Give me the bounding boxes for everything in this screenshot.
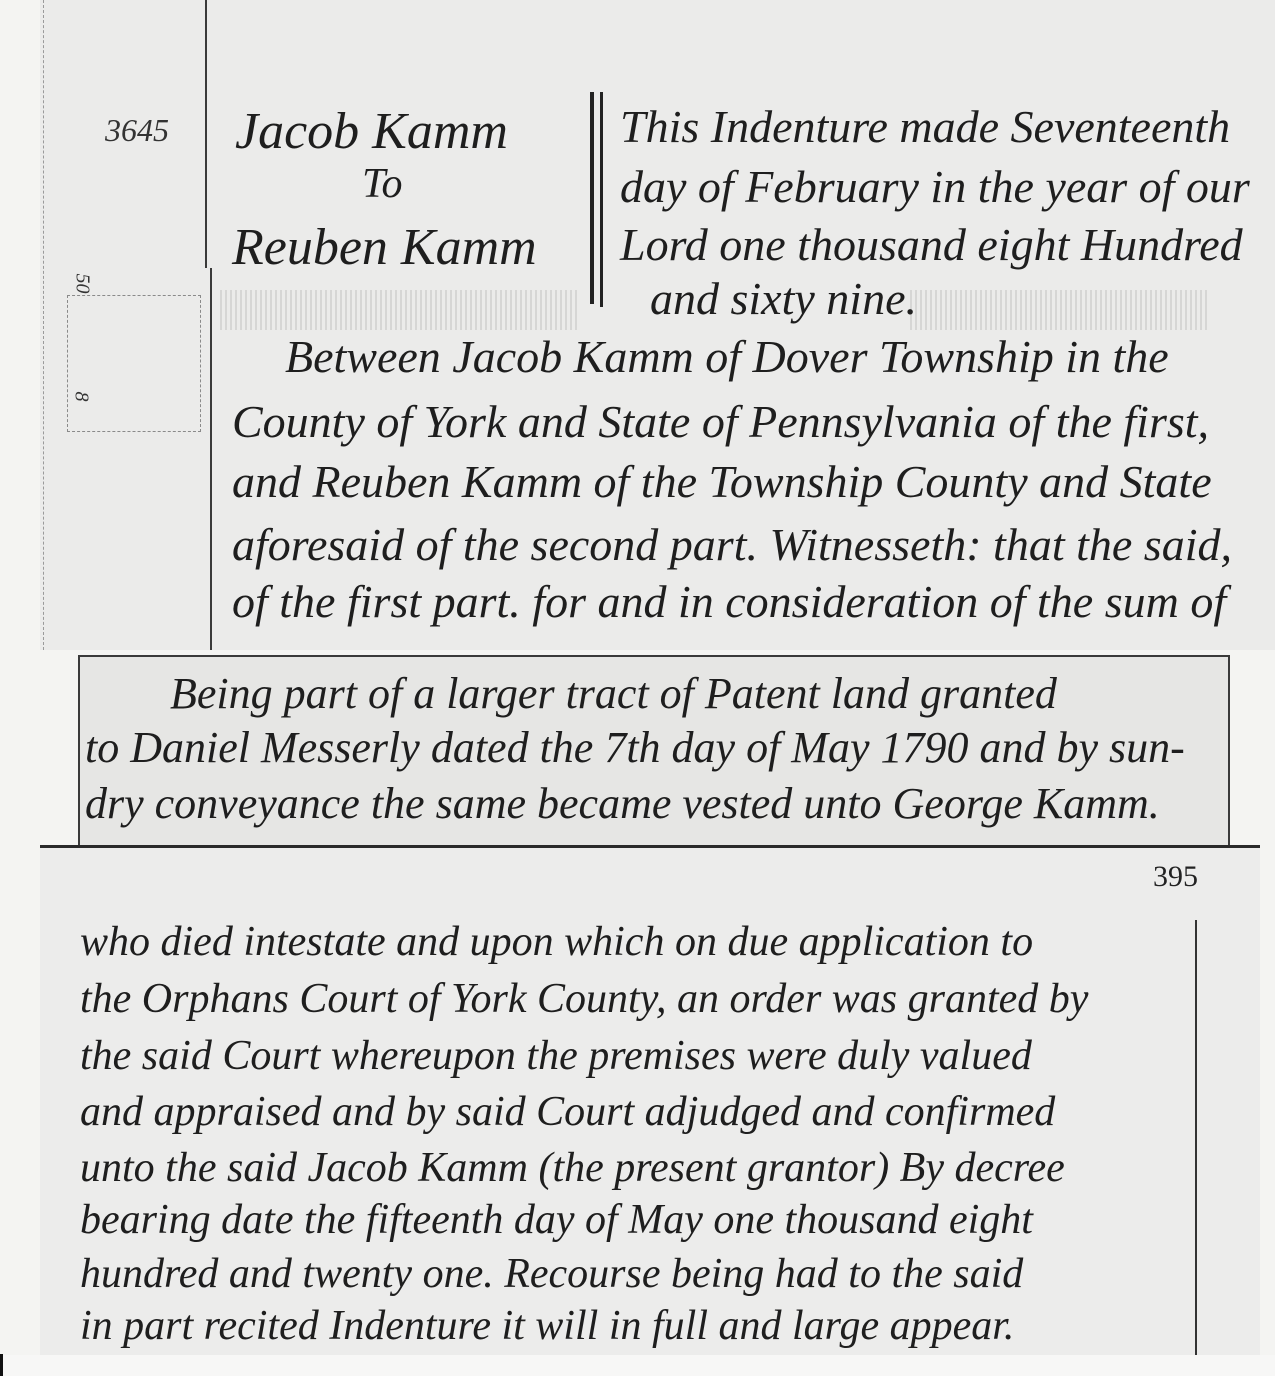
party-connector: To <box>362 160 403 208</box>
margin-rule-lower <box>210 268 212 650</box>
continuation-line-6: bearing date the fifteenth day of May on… <box>80 1196 1033 1244</box>
continuation-line-8: in part recited Indenture it will in ful… <box>80 1302 1014 1350</box>
strip-line-3: dry conveyance the same became vested un… <box>85 778 1160 829</box>
stamp-mark-top: 50 <box>71 274 94 294</box>
body-line-2: County of York and State of Pennsylvania… <box>232 395 1209 448</box>
scan-edge-mark <box>0 1354 3 1376</box>
margin-rule-upper <box>205 0 207 268</box>
grantee-name: Reuben Kamm <box>232 218 537 277</box>
continuation-line-5: unto the said Jacob Kamm (the present gr… <box>80 1144 1065 1192</box>
strip-line-2: to Daniel Messerly dated the 7th day of … <box>85 722 1185 773</box>
ink-bleed <box>910 290 1210 330</box>
ink-bleed <box>220 290 580 330</box>
strip-line-1: Being part of a larger tract of Patent l… <box>170 668 1057 719</box>
body-line-5: of the first part. for and in considerat… <box>232 575 1226 628</box>
continuation-line-2: the Orphans Court of York County, an ord… <box>80 975 1088 1023</box>
body-line-3: and Reuben Kamm of the Township County a… <box>232 455 1212 508</box>
page-number: 395 <box>1153 860 1198 894</box>
stamp-mark-bottom: 8 <box>70 392 93 402</box>
heading-line-2: day of February in the year of our <box>620 160 1250 213</box>
left-page-edge <box>43 0 44 650</box>
continuation-line-7: hundred and twenty one. Recourse being h… <box>80 1250 1023 1298</box>
scan-bottom-margin <box>0 1355 1275 1376</box>
heading-line-3: Lord one thousand eight Hundred <box>620 218 1243 271</box>
heading-line-4: and sixty nine. <box>650 272 917 325</box>
double-rule-right <box>600 92 603 307</box>
body-line-1: Between Jacob Kamm of Dover Township in … <box>285 330 1169 383</box>
body-line-4: aforesaid of the second part. Witnesseth… <box>232 518 1232 571</box>
record-number: 3645 <box>105 112 169 149</box>
grantor-name: Jacob Kamm <box>235 102 508 161</box>
continuation-line-1: who died intestate and upon which on due… <box>80 918 1033 966</box>
margin-stamp <box>67 295 201 432</box>
heading-line-1: This Indenture made Seventeenth <box>620 100 1230 153</box>
continuation-line-4: and appraised and by said Court adjudged… <box>80 1088 1055 1136</box>
continuation-line-3: the said Court whereupon the premises we… <box>80 1032 1032 1080</box>
right-margin-rule <box>1195 920 1197 1355</box>
double-rule-left <box>590 92 594 304</box>
